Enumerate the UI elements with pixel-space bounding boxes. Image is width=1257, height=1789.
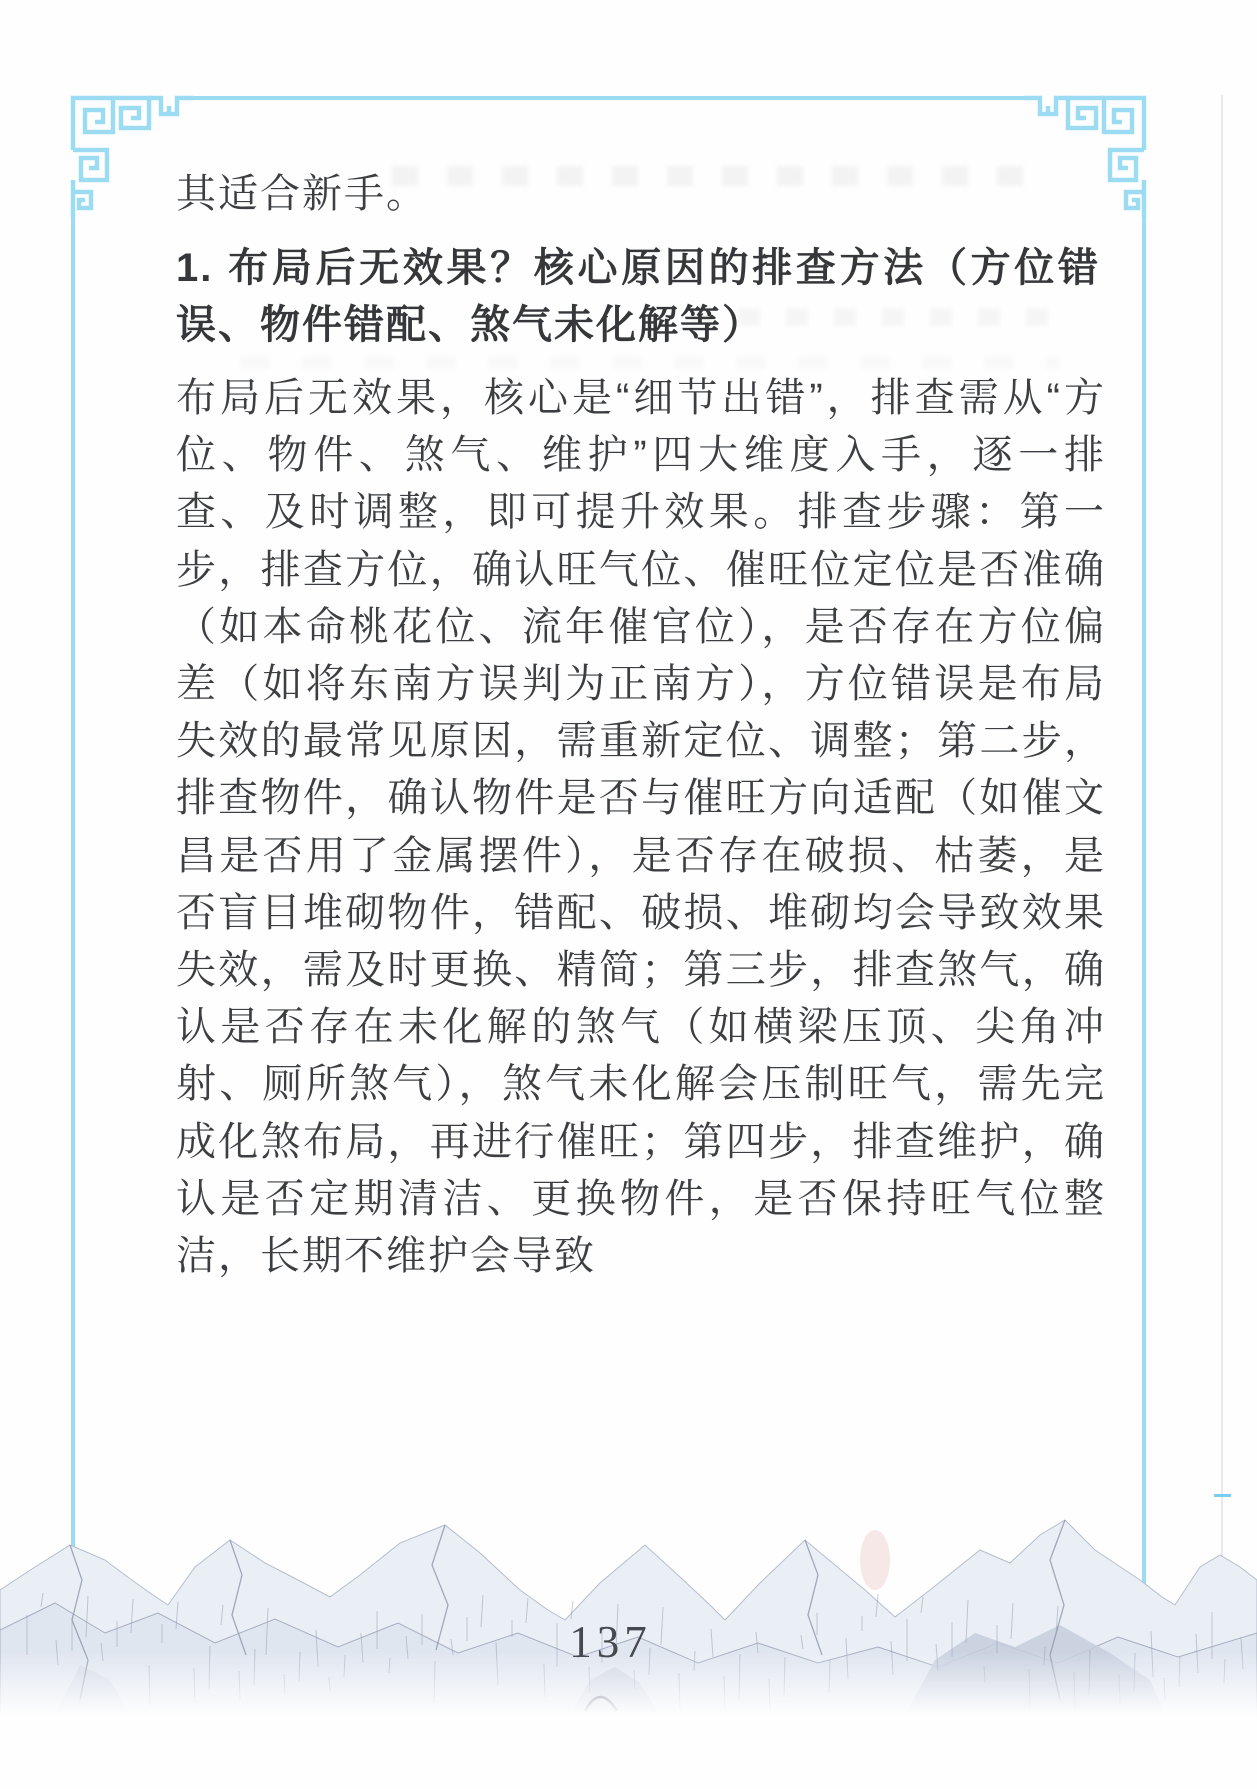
greek-key-corner-top-right <box>1024 88 1154 218</box>
greek-key-corner-top-left <box>63 88 193 218</box>
scan-bleed-artifact <box>392 166 1032 186</box>
scan-bleed-artifact <box>240 356 1060 369</box>
scan-cyan-artifact <box>1214 1494 1231 1497</box>
body-paragraph: 布局后无效果，核心是“细节出错”，排查需从“方位、物件、煞气、维护”四大维度入手… <box>176 370 1106 1285</box>
intro-line: 其适合新手。 <box>176 162 428 219</box>
page-number: 137 <box>0 1616 1239 1668</box>
section-heading: 1. 布局后无效果？核心原因的排查方法（方位错误、物件错配、煞气未化解等） <box>176 240 1100 354</box>
border-top-line <box>193 96 1024 100</box>
border-left-line <box>71 218 75 1572</box>
book-page: 其适合新手。 1. 布局后无效果？核心原因的排查方法（方位错误、物件错配、煞气未… <box>0 0 1257 1789</box>
border-right-line <box>1142 218 1146 1630</box>
page-edge-shadow <box>1221 95 1223 1655</box>
